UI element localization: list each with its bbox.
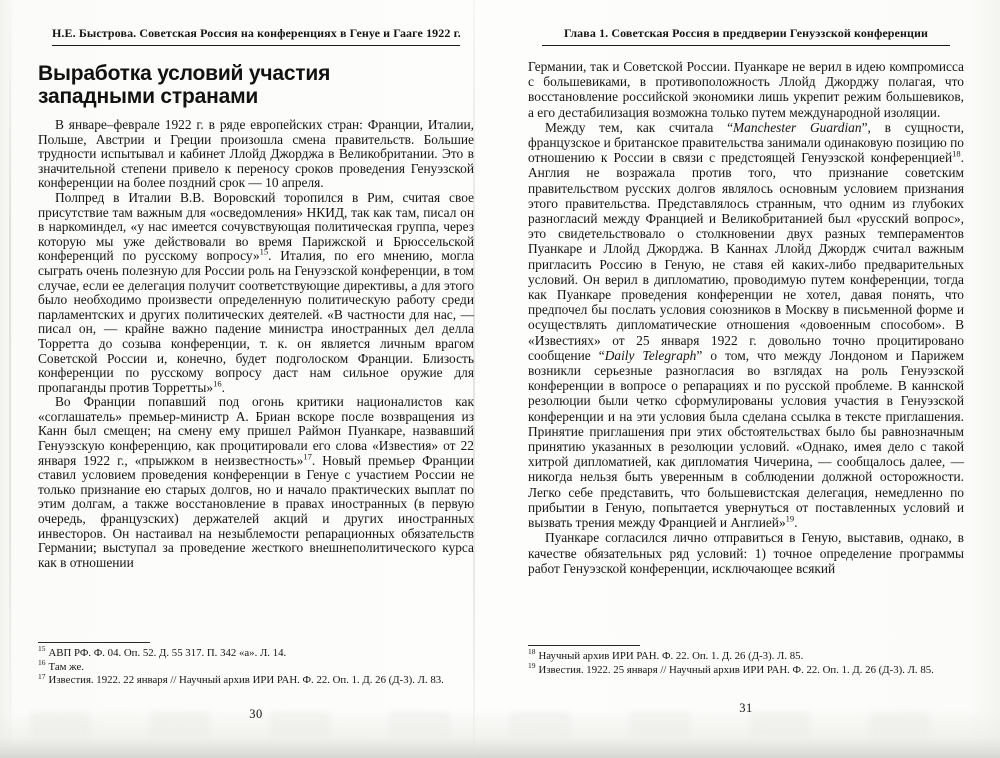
footnote: 17Известия. 1922. 22 января // Научный а… [38, 674, 474, 688]
footnote-marker: 16 [213, 378, 222, 388]
footnote-marker: 19 [786, 514, 795, 524]
page-number-right: 31 [528, 701, 964, 716]
footnote: 18Научный архив ИРИ РАН. Ф. 22. Оп. 1. Д… [528, 650, 964, 664]
page-right: Глава 1. Советская Россия в преддверии Г… [528, 24, 964, 748]
footnote-marker: 15 [260, 247, 269, 257]
footnote-number: 17 [38, 672, 46, 681]
footnote-marker: 18 [952, 149, 961, 159]
footnote-marker: 17 [303, 451, 312, 461]
footnote-number: 15 [38, 644, 46, 653]
body-paragraph: Пуанкаре согласился лично отправиться в … [528, 530, 964, 576]
body-text-left: В январе–феврале 1922 г. в ряде европейс… [38, 118, 474, 570]
footnote-rule [38, 642, 150, 643]
running-header-left: Н.Е. Быстрова. Советская Россия на конфе… [52, 26, 460, 46]
body-paragraph: Германии, так и Советской России. Пуанка… [528, 59, 964, 120]
section-title: Выработка условий участия западными стра… [38, 62, 474, 108]
page-number-left: 30 [38, 707, 474, 722]
page-crease-left [9, 0, 11, 758]
footnote-rule [528, 645, 640, 646]
footnote-number: 18 [528, 647, 536, 656]
section-title-line-2: западными странами [38, 85, 258, 108]
body-text-right: Германии, так и Советской России. Пуанка… [528, 59, 964, 576]
page-left: Н.Е. Быстрова. Советская Россия на конфе… [38, 24, 474, 748]
footnote-number: 16 [38, 658, 46, 667]
footnotes-right: 18Научный архив ИРИ РАН. Ф. 22. Оп. 1. Д… [528, 645, 964, 677]
footnote: 19Известия. 1922. 25 января // Научный а… [528, 664, 964, 678]
body-paragraph: Во Франции попавший под огонь критики на… [38, 395, 474, 570]
body-paragraph: В январе–феврале 1922 г. в ряде европейс… [38, 118, 474, 191]
footnote: 15АВП РФ. Ф. 04. Оп. 52. Д. 55 317. П. 3… [38, 647, 474, 661]
footnote: 16Там же. [38, 661, 474, 675]
body-paragraph: Полпред в Италии В.В. Воровский торопилс… [38, 191, 474, 395]
footnote-number: 19 [528, 661, 536, 670]
section-title-line-1: Выработка условий участия [38, 62, 330, 85]
body-paragraph: Между тем, как считала “Manchester Guard… [528, 120, 964, 530]
running-header-right: Глава 1. Советская Россия в преддверии Г… [542, 26, 950, 46]
footnotes-left: 15АВП РФ. Ф. 04. Оп. 52. Д. 55 317. П. 3… [38, 642, 474, 688]
